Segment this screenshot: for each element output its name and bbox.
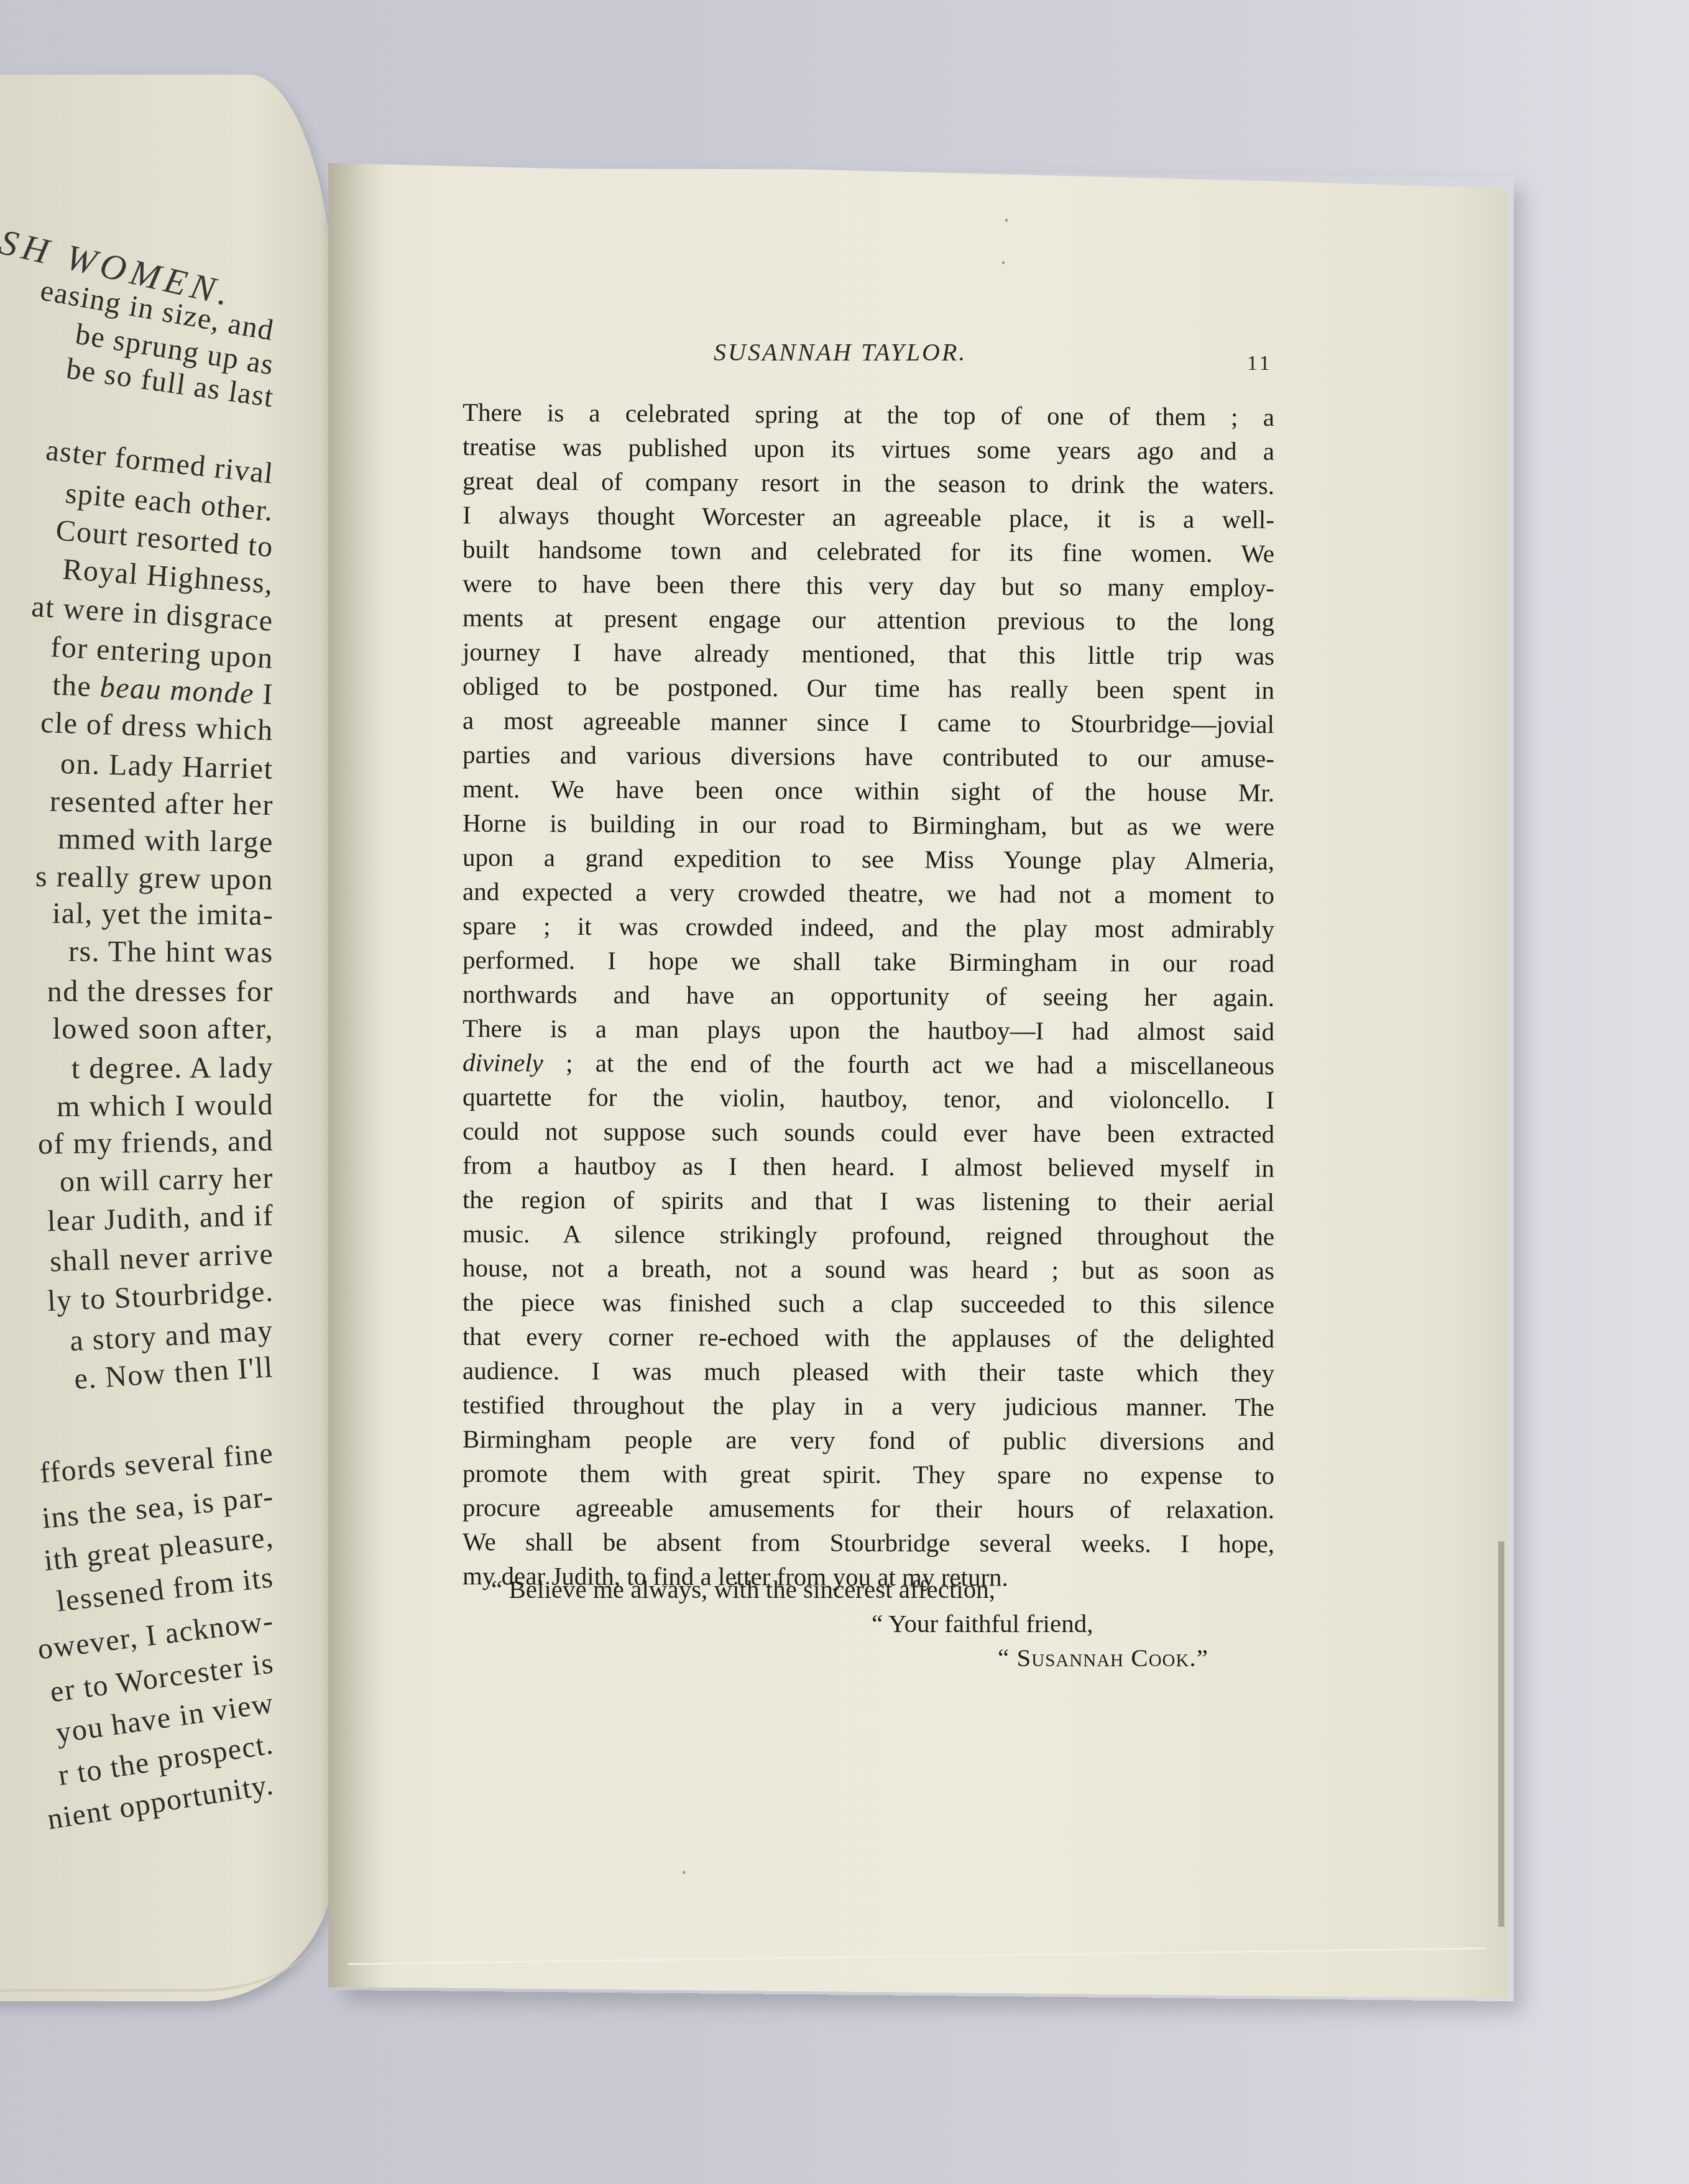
book-photo-scene: SH WOMEN. easing in size, andbe sprung u… xyxy=(0,0,1689,2184)
body-line: could not suppose such sounds could ever… xyxy=(463,1114,1274,1151)
body-line: northwards and have an opportunity of se… xyxy=(463,977,1274,1015)
signature: “ Susannah Cook.” xyxy=(998,1641,1208,1675)
body-line: a most agreeable manner since I came to … xyxy=(463,704,1274,742)
body-line: treatise was published upon its virtues … xyxy=(463,429,1274,469)
left-page-line: the beau monde I xyxy=(52,668,274,712)
left-page-line: lowed soon after, xyxy=(53,1012,274,1046)
paper-speck xyxy=(683,1871,685,1874)
body-line: that every corner re-echoed with the app… xyxy=(463,1319,1274,1356)
body-line: parties and various diversions have cont… xyxy=(463,738,1274,776)
left-page-line: m which I would xyxy=(57,1088,274,1124)
body-line: house, not a breath, not a sound was hea… xyxy=(463,1251,1274,1288)
left-page-line: lear Judith, and if xyxy=(47,1198,274,1239)
page-number: 11 xyxy=(1247,352,1273,375)
left-page-line: ial, yet the imita- xyxy=(52,896,274,932)
body-line: ment. We have been once within sight of … xyxy=(463,772,1274,810)
body-line: We shall be absent from Stourbridge seve… xyxy=(463,1525,1274,1561)
body-line: I always thought Worcester an agreeable … xyxy=(463,498,1274,537)
body-line: were to have been there this very day bu… xyxy=(463,566,1274,605)
italic-word: divinely xyxy=(463,1048,543,1077)
book-cover-edge xyxy=(1498,1541,1504,1927)
running-head: SUSANNAH TAYLOR. xyxy=(714,337,967,367)
body-line: promote them with great spirit. They spa… xyxy=(463,1456,1274,1493)
left-page-line: cle of dress which xyxy=(40,705,274,748)
body-line: from a hautboy as I then heard. I almost… xyxy=(463,1149,1274,1186)
body-line: built handsome town and celebrated for i… xyxy=(463,532,1274,571)
left-page-line: s really grew upon xyxy=(35,860,274,897)
body-line: upon a grand expedition to see Miss Youn… xyxy=(463,840,1274,878)
left-page-line: on will carry her xyxy=(60,1161,274,1199)
italic-phrase: beau monde xyxy=(99,671,255,710)
body-line: audience. I was much pleased with their … xyxy=(463,1354,1274,1390)
body-line: journey I have already mentioned, that t… xyxy=(463,635,1274,673)
paper-speck xyxy=(1005,219,1008,222)
body-line: There is a man plays upon the hautboy—I … xyxy=(463,1011,1274,1049)
body-line: the piece was finished such a clap succe… xyxy=(463,1285,1274,1322)
body-line: divinely ; at the end of the fourth act … xyxy=(463,1045,1274,1083)
body-line: testified throughout the play in a very … xyxy=(463,1388,1274,1425)
left-page-text: SH WOMEN. easing in size, andbe sprung u… xyxy=(0,0,348,1989)
body-line: spare ; it was crowded indeed, and the p… xyxy=(463,909,1274,947)
complimentary-close: “ Your faithful friend, xyxy=(872,1607,1093,1641)
body-line: Birmingham people are very fond of publi… xyxy=(463,1422,1274,1459)
left-page-line: resented after her xyxy=(49,784,274,822)
left-page-line: rs. The hint was xyxy=(68,934,274,970)
body-line: great deal of company resort in the seas… xyxy=(463,464,1274,503)
left-page-line: t degree. A lady xyxy=(71,1050,274,1086)
left-page-line: ly to Stourbridge. xyxy=(47,1274,274,1318)
left-page-line: of my friends, and xyxy=(38,1124,274,1161)
body-line: quartette for the violin, hautboy, tenor… xyxy=(463,1080,1274,1117)
body-line: There is a celebrated spring at the top … xyxy=(463,395,1274,434)
body-line: obliged to be postponed. Our time has re… xyxy=(463,669,1274,708)
body-line: and expected a very crowded theatre, we … xyxy=(463,874,1274,912)
body-line: the region of spirits and that I was lis… xyxy=(463,1183,1274,1220)
left-page-line: nd the dresses for xyxy=(47,975,274,1009)
left-page-line: shall never arrive xyxy=(49,1237,274,1279)
paper-speck xyxy=(1002,261,1005,264)
letter-body: There is a celebrated spring at the top … xyxy=(463,398,1274,1594)
body-line: Horne is building in our road to Birming… xyxy=(463,806,1274,844)
left-page-line: mmed with large xyxy=(58,822,274,860)
valediction: “ Believe me always, with the sincerest … xyxy=(491,1572,995,1607)
body-line: music. A silence strikingly profound, re… xyxy=(463,1217,1274,1254)
left-page-line: e. Now then I'll xyxy=(73,1350,274,1396)
body-line: performed. I hope we shall take Birmingh… xyxy=(463,943,1274,981)
body-line: procure agreeable amusements for their h… xyxy=(463,1490,1274,1527)
body-line: ments at present engage our attention pr… xyxy=(463,600,1274,639)
left-page-line: on. Lady Harriet xyxy=(60,746,274,786)
